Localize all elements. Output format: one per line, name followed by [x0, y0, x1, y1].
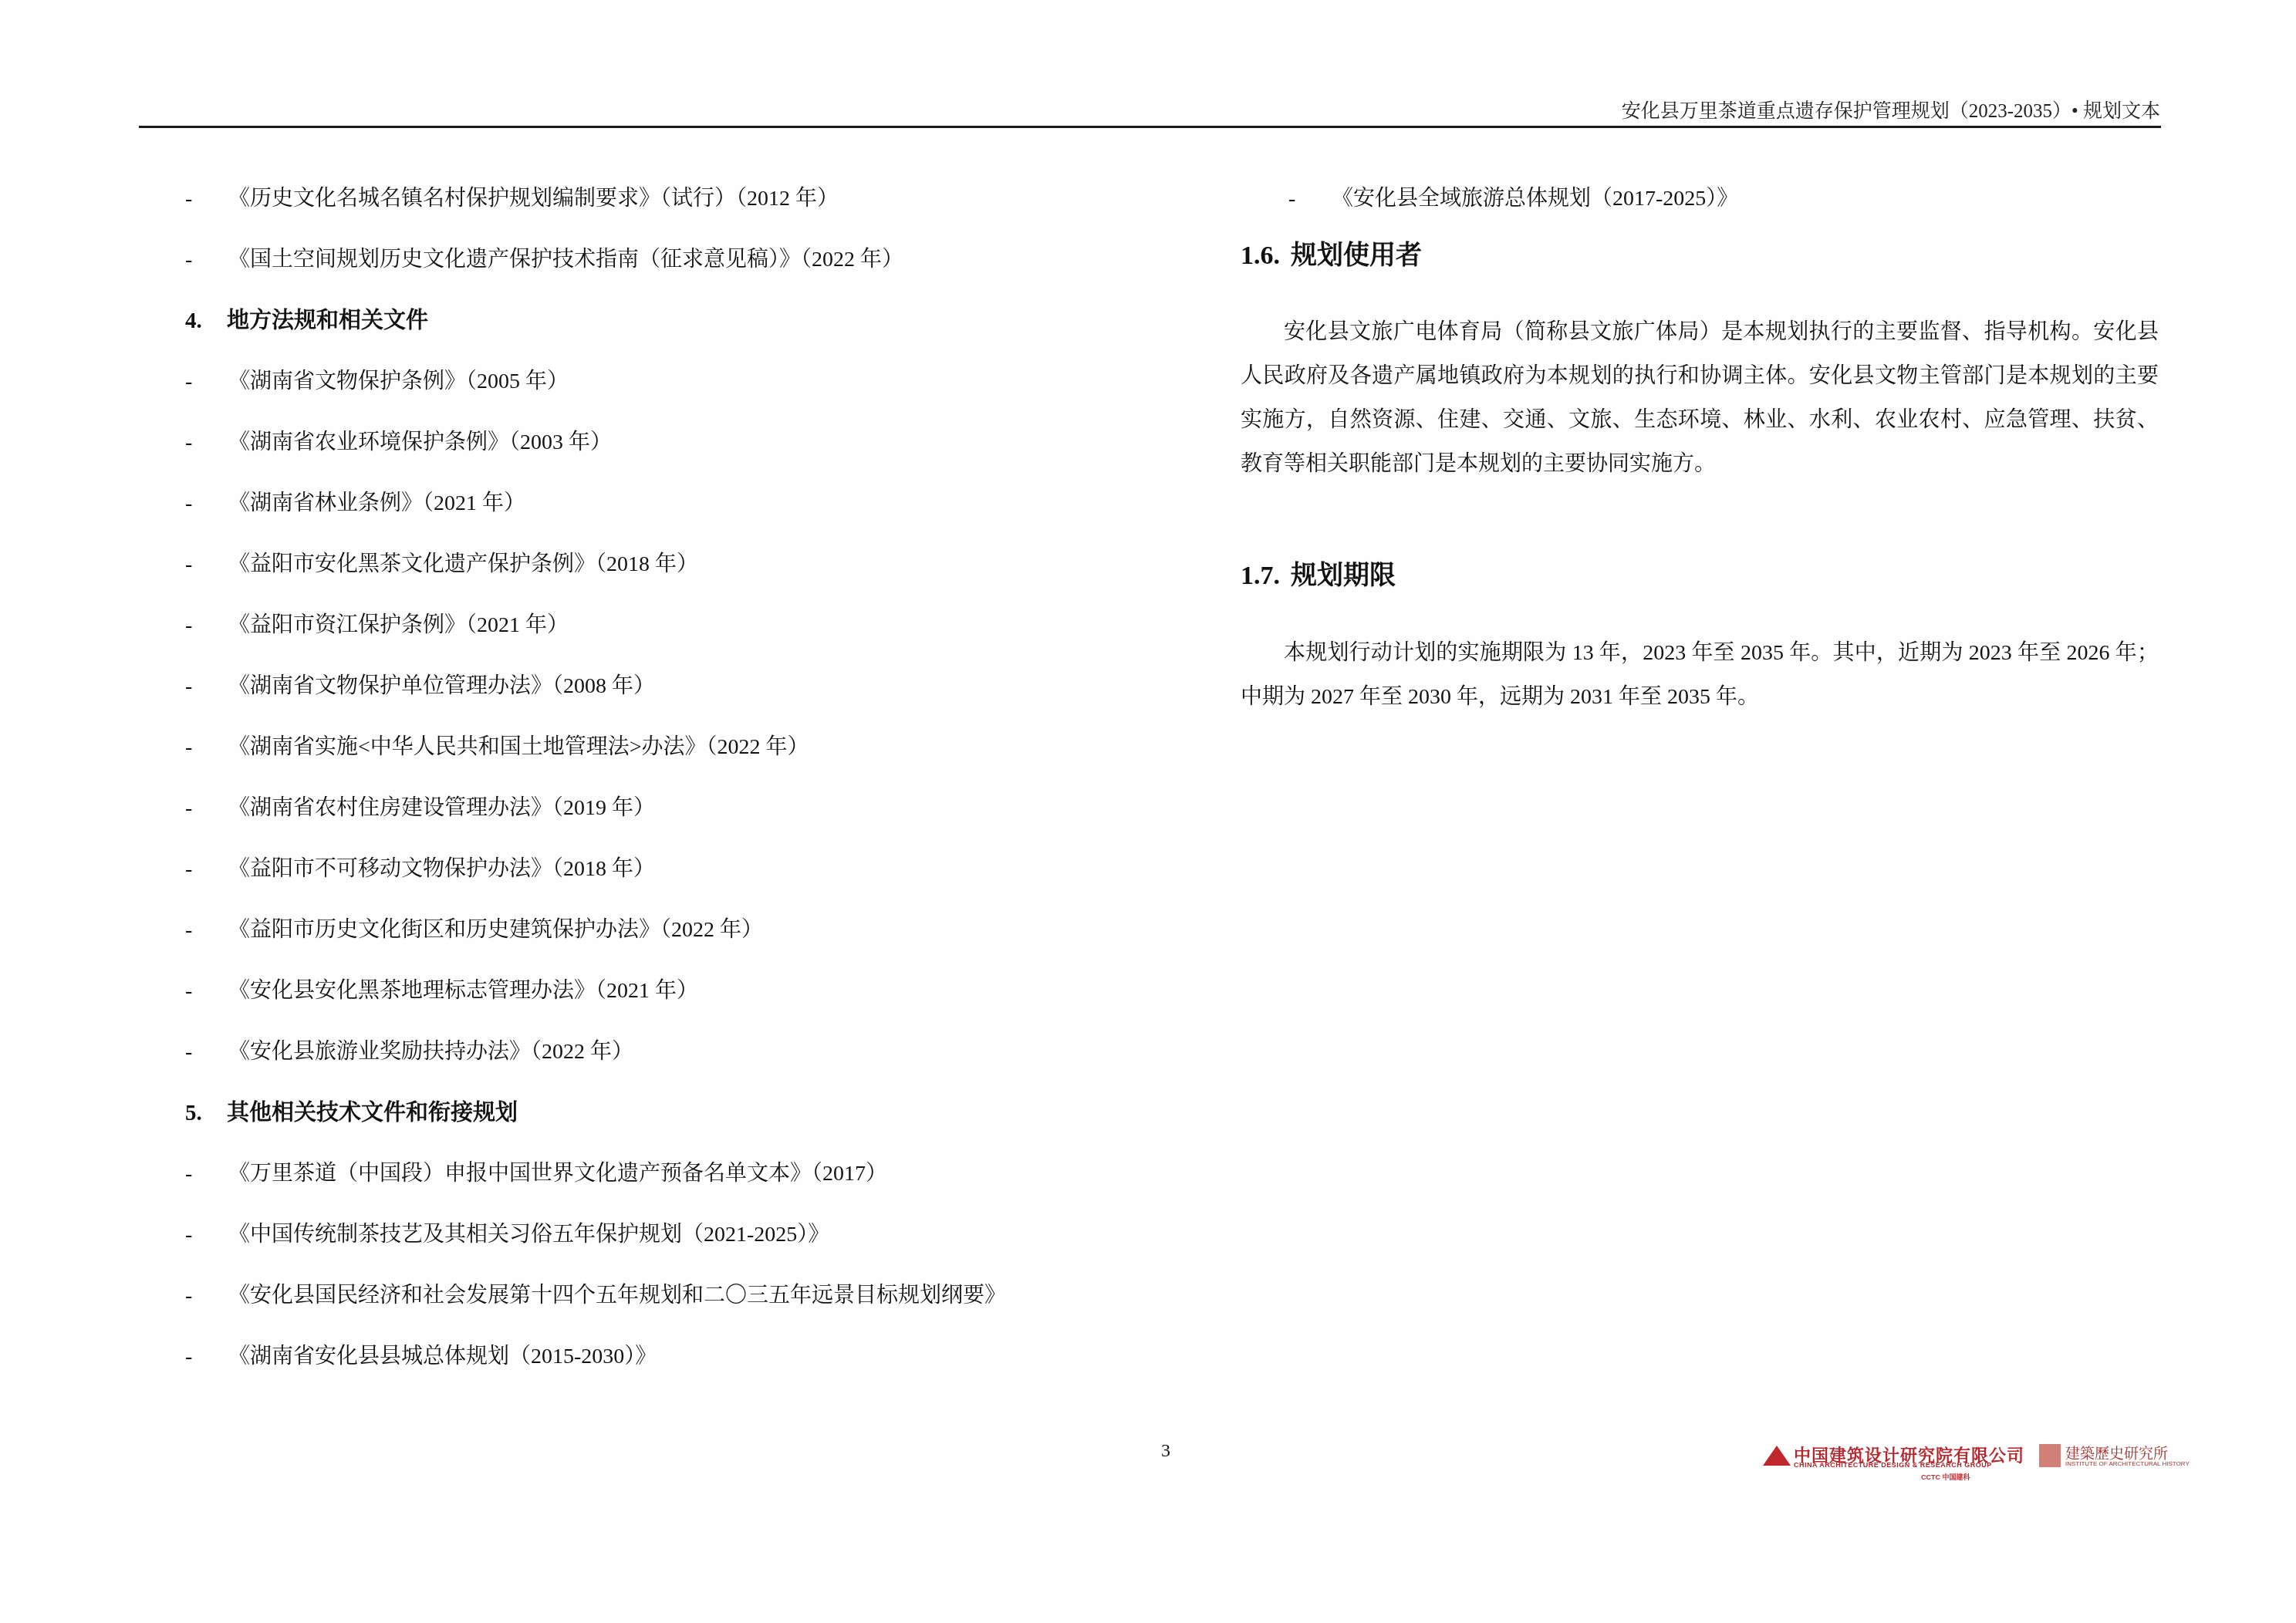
- cctc-brand: CCTC 中国建科: [1921, 1472, 1970, 1482]
- bullet-dash: -: [1288, 184, 1295, 214]
- section-heading-5: 5.其他相关技术文件和衔接规划: [185, 1098, 518, 1129]
- bullet-dash: -: [185, 1281, 192, 1311]
- section-heading-4: 4.地方法规和相关文件: [185, 305, 428, 336]
- page-number: 3: [1161, 1441, 1170, 1462]
- bullet-dash: -: [185, 793, 192, 824]
- bullet-dash: -: [185, 732, 192, 763]
- bullet-dash: -: [185, 854, 192, 885]
- bullet-dash: -: [185, 549, 192, 580]
- bullet-dash: -: [185, 1341, 192, 1372]
- bullet-dash: -: [185, 976, 192, 1007]
- section-heading-1-6: 1.6.规划使用者: [1241, 239, 1422, 273]
- bullet-dash: -: [185, 610, 192, 641]
- header-divider: [139, 126, 2161, 128]
- company-name-en: CHINA ARCHITECTURE DESIGN & RESEARCH GRO…: [1794, 1461, 1992, 1469]
- bullet-dash: -: [185, 427, 192, 458]
- bullet-dash: -: [185, 245, 192, 275]
- bullet-dash: -: [185, 488, 192, 519]
- bullet-dash: -: [185, 366, 192, 397]
- paragraph-plan-users: 安化县文旅广电体育局（简称县文旅广体局）是本规划执行的主要监督、指导机构。安化县…: [1241, 310, 2159, 486]
- bullet-dash: -: [185, 915, 192, 946]
- bullet-dash: -: [185, 671, 192, 702]
- bullet-dash: -: [185, 1037, 192, 1068]
- institute-name-en: INSTITUTE OF ARCHITECTURAL HISTORY: [2065, 1460, 2190, 1467]
- footer-logos: 中国建筑设计研究院有限公司 CHINA ARCHITECTURE DESIGN …: [1763, 1442, 2164, 1481]
- seal-icon: [2039, 1444, 2061, 1467]
- document-title: 安化县万里茶道重点遗存保护管理规划（2023-2035）• 规划文本: [1622, 96, 2160, 123]
- bullet-dash: -: [185, 1159, 192, 1189]
- bullet-dash: -: [185, 1220, 192, 1250]
- bullet-dash: -: [185, 184, 192, 214]
- section-heading-1-7: 1.7.规划期限: [1241, 559, 1396, 593]
- cadg-logo-icon: [1763, 1446, 1791, 1466]
- paragraph-plan-period: 本规划行动计划的实施期限为 13 年，2023 年至 2035 年。其中，近期为…: [1241, 631, 2159, 719]
